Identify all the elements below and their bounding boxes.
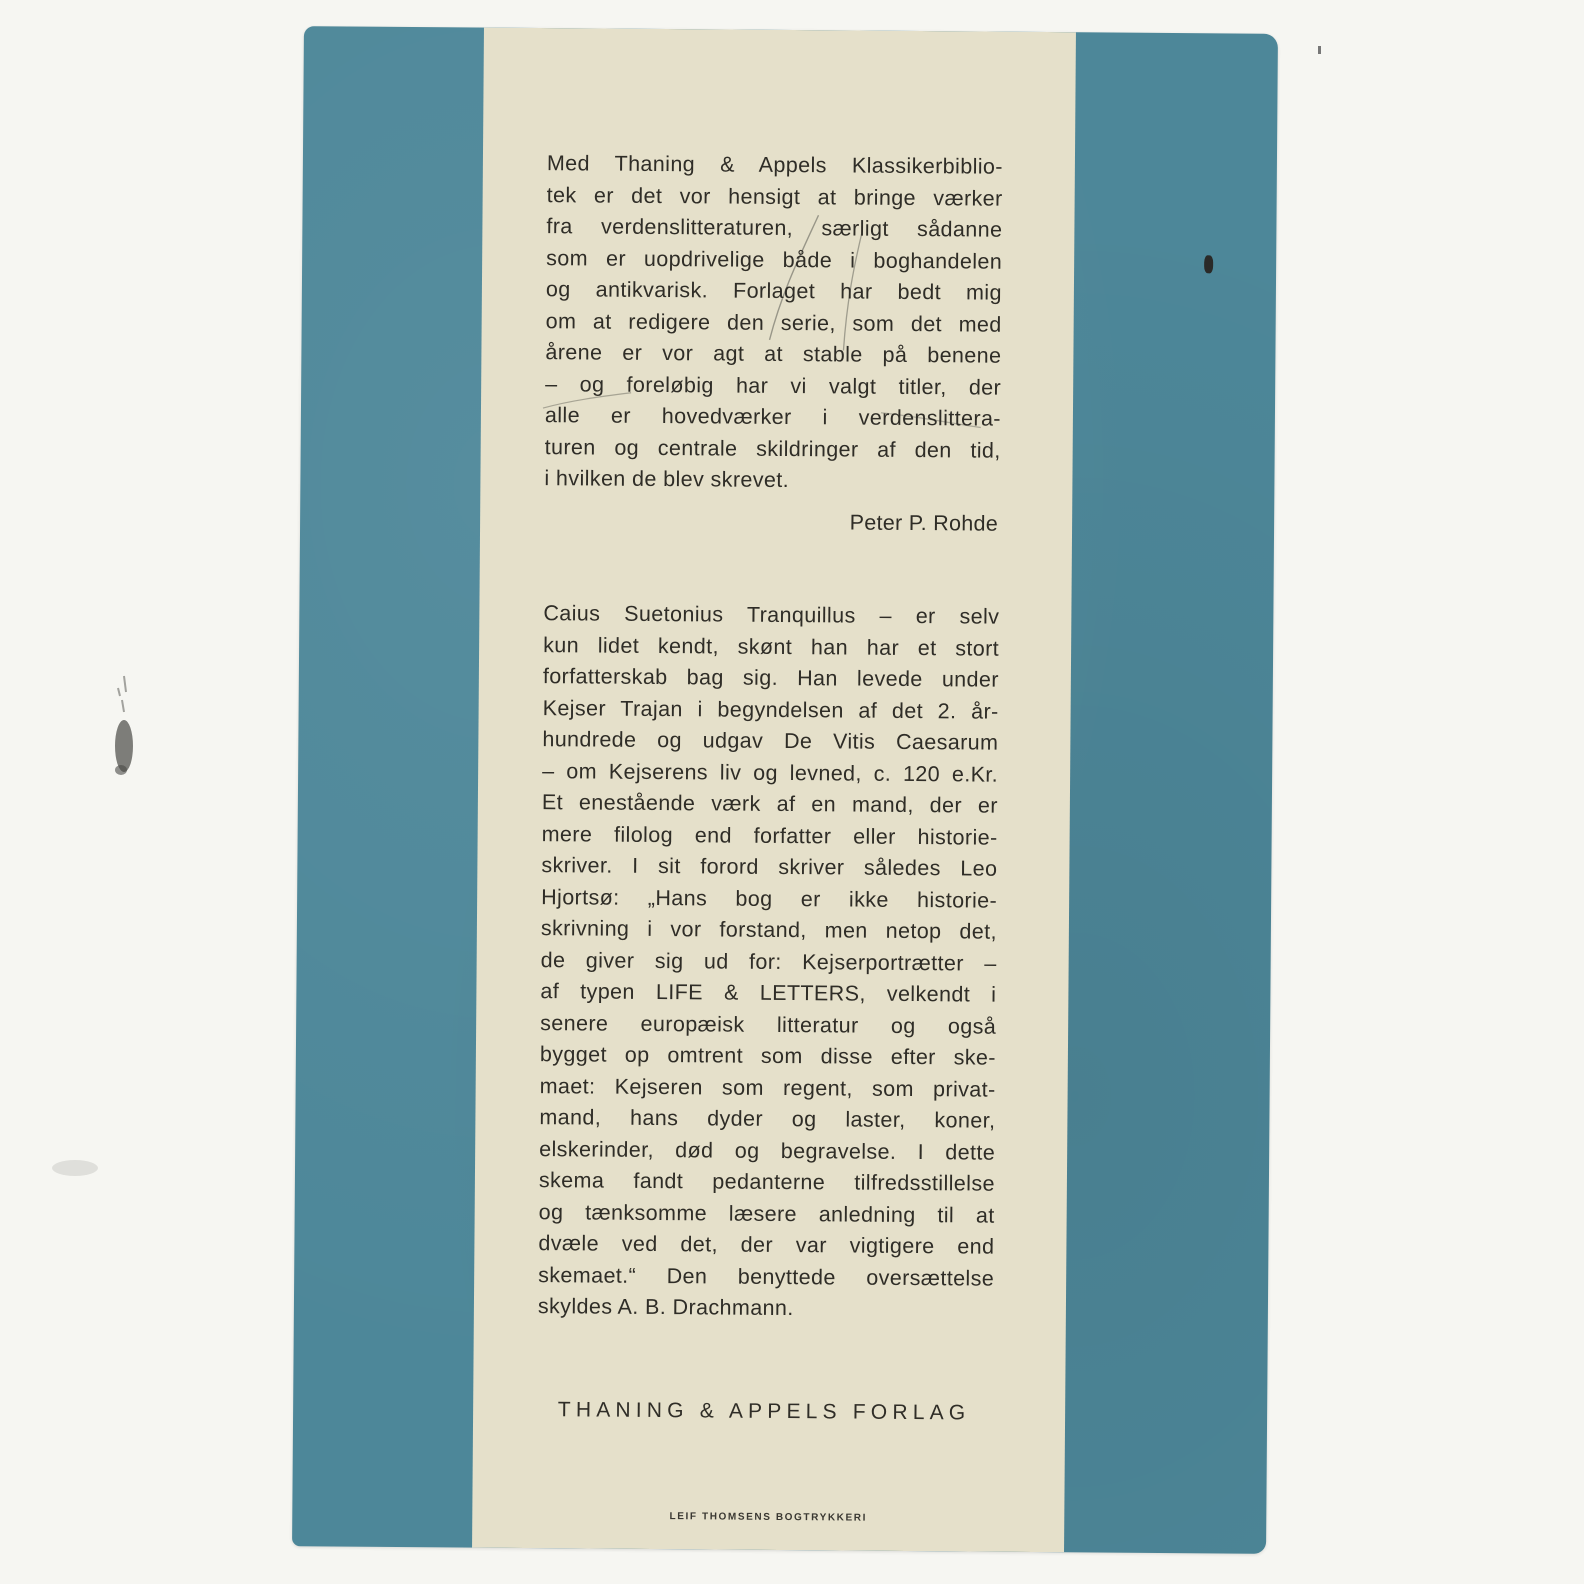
intro-line: i hvilken de blev skrevet. <box>544 463 1000 498</box>
bio-line: hundrede og udgav De Vitis Caesarum <box>542 724 998 759</box>
background-speck <box>1318 46 1321 54</box>
bio-line: skyldes A. B. Drachmann. <box>538 1291 994 1326</box>
author-biography: Caius Suetonius Tranquillus – er selv ku… <box>538 598 1000 1326</box>
book-back-cover: Med Thaning & Appels Klassikerbiblio- te… <box>292 26 1278 1554</box>
publisher-name: THANING & APPELS FORLAG <box>531 1398 997 1426</box>
text-panel: Med Thaning & Appels Klassikerbiblio- te… <box>472 28 1076 1553</box>
editor-signature: Peter P. Rohde <box>850 511 999 537</box>
bio-line: af typen LIFE & LETTERS, velkendt i <box>540 976 996 1011</box>
bio-line: bygget op omtrent som disse efter ske- <box>540 1039 996 1074</box>
intro-line: tek er det vor hensigt at bringe værker <box>547 180 1003 215</box>
intro-line: om at redigere den serie, som det med <box>546 306 1002 341</box>
bio-line: skemaet.“ Den benyttede oversættelse <box>538 1260 994 1295</box>
bio-line: skema fandt pedanterne tilfredsstillelse <box>539 1165 995 1200</box>
bio-line: – om Kejserens liv og levned, c. 120 e.K… <box>542 756 998 791</box>
bio-line: senere europæisk litteratur og også <box>540 1008 996 1043</box>
intro-line: og antikvarisk. Forlaget har bedt mig <box>546 274 1002 309</box>
intro-line: fra verdenslitteraturen, særligt sådanne <box>546 211 1002 246</box>
bio-line: kun lidet kendt, skønt han har et stort <box>543 630 999 665</box>
bio-line: og tænksomme læsere anledning til at <box>539 1197 995 1232</box>
cover-ink-spot <box>1204 255 1213 273</box>
bio-line: mand, hans dyder og laster, koner, <box>539 1102 995 1137</box>
intro-line: alle er hovedværker i verdenslittera- <box>545 400 1001 435</box>
bio-line: dvæle ved det, der var vigtigere end <box>538 1228 994 1263</box>
bio-line: skriver. I sit forord skriver således Le… <box>541 850 997 885</box>
intro-line: Med Thaning & Appels Klassikerbiblio- <box>547 148 1003 183</box>
bio-line: mere filolog end forfatter eller histori… <box>542 819 998 854</box>
background-smudge <box>104 672 144 782</box>
bio-line: elskerinder, død og begravelse. I dette <box>539 1134 995 1169</box>
background-smudge-small <box>52 1160 98 1176</box>
intro-line: – og foreløbig har vi valgt titler, der <box>545 369 1001 404</box>
bio-line: Caius Suetonius Tranquillus – er selv <box>543 598 999 633</box>
printer-credit: LEIF THOMSENS BOGTRYKKERI <box>472 1510 1064 1526</box>
bio-line: de giver sig ud for: Kejserportrætter – <box>541 945 997 980</box>
series-introduction: Med Thaning & Appels Klassikerbiblio- te… <box>544 148 1003 498</box>
bio-line: skrivning i vor forstand, men netop det, <box>541 913 997 948</box>
intro-line: som er uopdrivelige både i boghandelen <box>546 243 1002 278</box>
bio-line: Hjortsø: „Hans bog er ikke historie- <box>541 882 997 917</box>
intro-line: turen og centrale skildringer af den tid… <box>545 432 1001 467</box>
bio-line: Kejser Trajan i begyndelsen af det 2. år… <box>543 693 999 728</box>
bio-line: forfatterskab bag sig. Han levede under <box>543 661 999 696</box>
intro-line: årene er vor agt at stable på benene <box>545 337 1001 372</box>
bio-line: Et enestående værk af en mand, der er <box>542 787 998 822</box>
bio-line: maet: Kejseren som regent, som privat- <box>540 1071 996 1106</box>
